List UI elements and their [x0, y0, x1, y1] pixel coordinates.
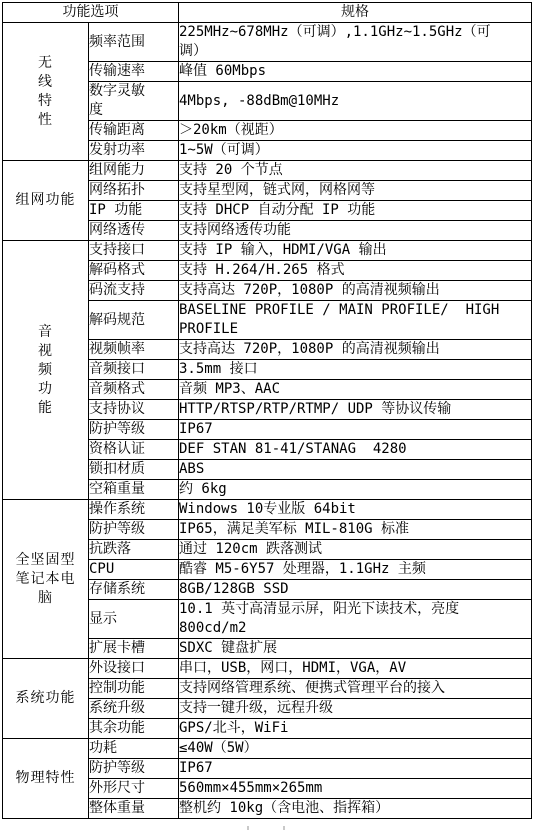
spec-label-cell: 传输距离	[89, 121, 179, 141]
spec-label-cell: 资格认证	[89, 440, 179, 460]
category-cell: 音 视 频 功 能	[3, 241, 89, 500]
spec-value-cell: 4Mbps, -88dBm@10MHz	[179, 82, 532, 121]
cropped-fragment-line	[247, 826, 249, 830]
spec-label-cell: 抗跌落	[89, 540, 179, 560]
spec-value-cell: 支持星型网，链式网，网格网等	[179, 181, 532, 201]
spec-value-cell: 整机约 10kg（含电池、指挥箱）	[179, 799, 532, 819]
table-row: 物理特性功耗≤40W（5W）	[3, 739, 532, 759]
table-row: 组网功能组网能力支持 20 个节点	[3, 161, 532, 181]
category-cell: 全坚固型 笔记本电 脑	[3, 500, 89, 659]
spec-value-cell: 音频 MP3、AAC	[179, 380, 532, 400]
spec-value-cell: DEF STAN 81-41/STANAG 4280	[179, 440, 532, 460]
spec-value-cell: 560mm×455mm×265mm	[179, 779, 532, 799]
spec-value-cell: 支持 IP 输入，HDMI/VGA 输出	[179, 241, 532, 261]
spec-label-cell: 频率范围	[89, 23, 179, 62]
spec-label-cell: 控制功能	[89, 679, 179, 699]
spec-value-cell: GPS/北斗，WiFi	[179, 719, 532, 739]
spec-label-cell: 扩展卡槽	[89, 639, 179, 659]
table-row: 音 视 频 功 能支持接口支持 IP 输入，HDMI/VGA 输出	[3, 241, 532, 261]
spec-label-cell: 操作系统	[89, 500, 179, 520]
spec-value-cell: 通过 120cm 跌落测试	[179, 540, 532, 560]
spec-value-cell: 支持 DHCP 自动分配 IP 功能	[179, 201, 532, 221]
spec-label-cell: 防护等级	[89, 420, 179, 440]
spec-value-cell: 支持一键升级，远程升级	[179, 699, 532, 719]
header-function-col: 功能选项	[3, 3, 179, 23]
spec-label-cell: 防护等级	[89, 759, 179, 779]
header-spec-col: 规格	[179, 3, 532, 23]
spec-label-cell: 空箱重量	[89, 480, 179, 500]
spec-label-cell: 其余功能	[89, 719, 179, 739]
spec-label-cell: CPU	[89, 560, 179, 580]
spec-value-cell: IP65，满足美军标 MIL-810G 标准	[179, 520, 532, 540]
spec-label-cell: 组网能力	[89, 161, 179, 181]
spec-value-cell: 225MHz~678MHz（可调）,1.1GHz~1.5GHz（可 调）	[179, 23, 532, 62]
spec-label-cell: 外形尺寸	[89, 779, 179, 799]
spec-value-cell: BASELINE PROFILE / MAIN PROFILE/ HIGH PR…	[179, 301, 532, 340]
spec-label-cell: 外设接口	[89, 659, 179, 679]
spec-sheet-page: 功能选项 规格 无 线 特 性频率范围225MHz~678MHz（可调）,1.1…	[0, 0, 534, 830]
category-cell: 无 线 特 性	[3, 23, 89, 161]
spec-value-cell: 3.5mm 接口	[179, 360, 532, 380]
spec-value-cell: 1~5W（可调）	[179, 141, 532, 161]
spec-label-cell: 功耗	[89, 739, 179, 759]
spec-label-cell: 支持接口	[89, 241, 179, 261]
spec-label-cell: 音频格式	[89, 380, 179, 400]
spec-value-cell: 支持高达 720P，1080P 的高清视频输出	[179, 281, 532, 301]
spec-value-cell: 支持 H.264/H.265 格式	[179, 261, 532, 281]
spec-label-cell: 防护等级	[89, 520, 179, 540]
spec-label-cell: 音频接口	[89, 360, 179, 380]
spec-value-cell: Windows 10专业版 64bit	[179, 500, 532, 520]
spec-label-cell: 视频帧率	[89, 340, 179, 360]
spec-label-cell: 整体重量	[89, 799, 179, 819]
table-row: 系统功能外设接口串口，USB，网口，HDMI，VGA，AV	[3, 659, 532, 679]
table-row: 无 线 特 性频率范围225MHz~678MHz（可调）,1.1GHz~1.5G…	[3, 23, 532, 62]
spec-value-cell: 8GB/128GB SSD	[179, 580, 532, 600]
spec-label-cell: 锁扣材质	[89, 460, 179, 480]
spec-table-body: 无 线 特 性频率范围225MHz~678MHz（可调）,1.1GHz~1.5G…	[3, 23, 532, 819]
spec-value-cell: SDXC 键盘扩展	[179, 639, 532, 659]
spec-label-cell: 数字灵敏 度	[89, 82, 179, 121]
spec-value-cell: ABS	[179, 460, 532, 480]
spec-value-cell: 支持网络管理系统、便携式管理平台的接入	[179, 679, 532, 699]
spec-value-cell: 支持高达 720P，1080P 的高清视频输出	[179, 340, 532, 360]
header-row: 功能选项 规格	[3, 3, 532, 23]
table-row: 全坚固型 笔记本电 脑操作系统Windows 10专业版 64bit	[3, 500, 532, 520]
spec-value-cell: 约 6kg	[179, 480, 532, 500]
category-cell: 物理特性	[3, 739, 89, 819]
spec-label-cell: 显示	[89, 600, 179, 639]
cropped-fragment-line	[283, 826, 285, 830]
spec-value-cell: 支持网络透传功能	[179, 221, 532, 241]
spec-label-cell: 传输速率	[89, 62, 179, 82]
category-cell: 系统功能	[3, 659, 89, 739]
spec-value-cell: IP67	[179, 420, 532, 440]
spec-label-cell: 网络拓扑	[89, 181, 179, 201]
spec-value-cell: 10.1 英寸高清显示屏，阳光下读技术，亮度 800cd/m2	[179, 600, 532, 639]
spec-value-cell: ≤40W（5W）	[179, 739, 532, 759]
spec-value-cell: HTTP/RTSP/RTP/RTMP/ UDP 等协议传输	[179, 400, 532, 420]
spec-label-cell: 系统升级	[89, 699, 179, 719]
spec-value-cell: IP67	[179, 759, 532, 779]
spec-table: 功能选项 规格 无 线 特 性频率范围225MHz~678MHz（可调）,1.1…	[2, 2, 532, 819]
spec-label-cell: 解码格式	[89, 261, 179, 281]
spec-label-cell: 解码规范	[89, 301, 179, 340]
spec-label-cell: IP 功能	[89, 201, 179, 221]
spec-value-cell: ＞20km（视距）	[179, 121, 532, 141]
spec-label-cell: 码流支持	[89, 281, 179, 301]
spec-value-cell: 峰值 60Mbps	[179, 62, 532, 82]
spec-label-cell: 网络透传	[89, 221, 179, 241]
spec-label-cell: 发射功率	[89, 141, 179, 161]
spec-label-cell: 存储系统	[89, 580, 179, 600]
category-cell: 组网功能	[3, 161, 89, 241]
spec-value-cell: 支持 20 个节点	[179, 161, 532, 181]
spec-label-cell: 支持协议	[89, 400, 179, 420]
spec-value-cell: 酷睿 M5-6Y57 处理器，1.1GHz 主频	[179, 560, 532, 580]
spec-value-cell: 串口，USB，网口，HDMI，VGA，AV	[179, 659, 532, 679]
